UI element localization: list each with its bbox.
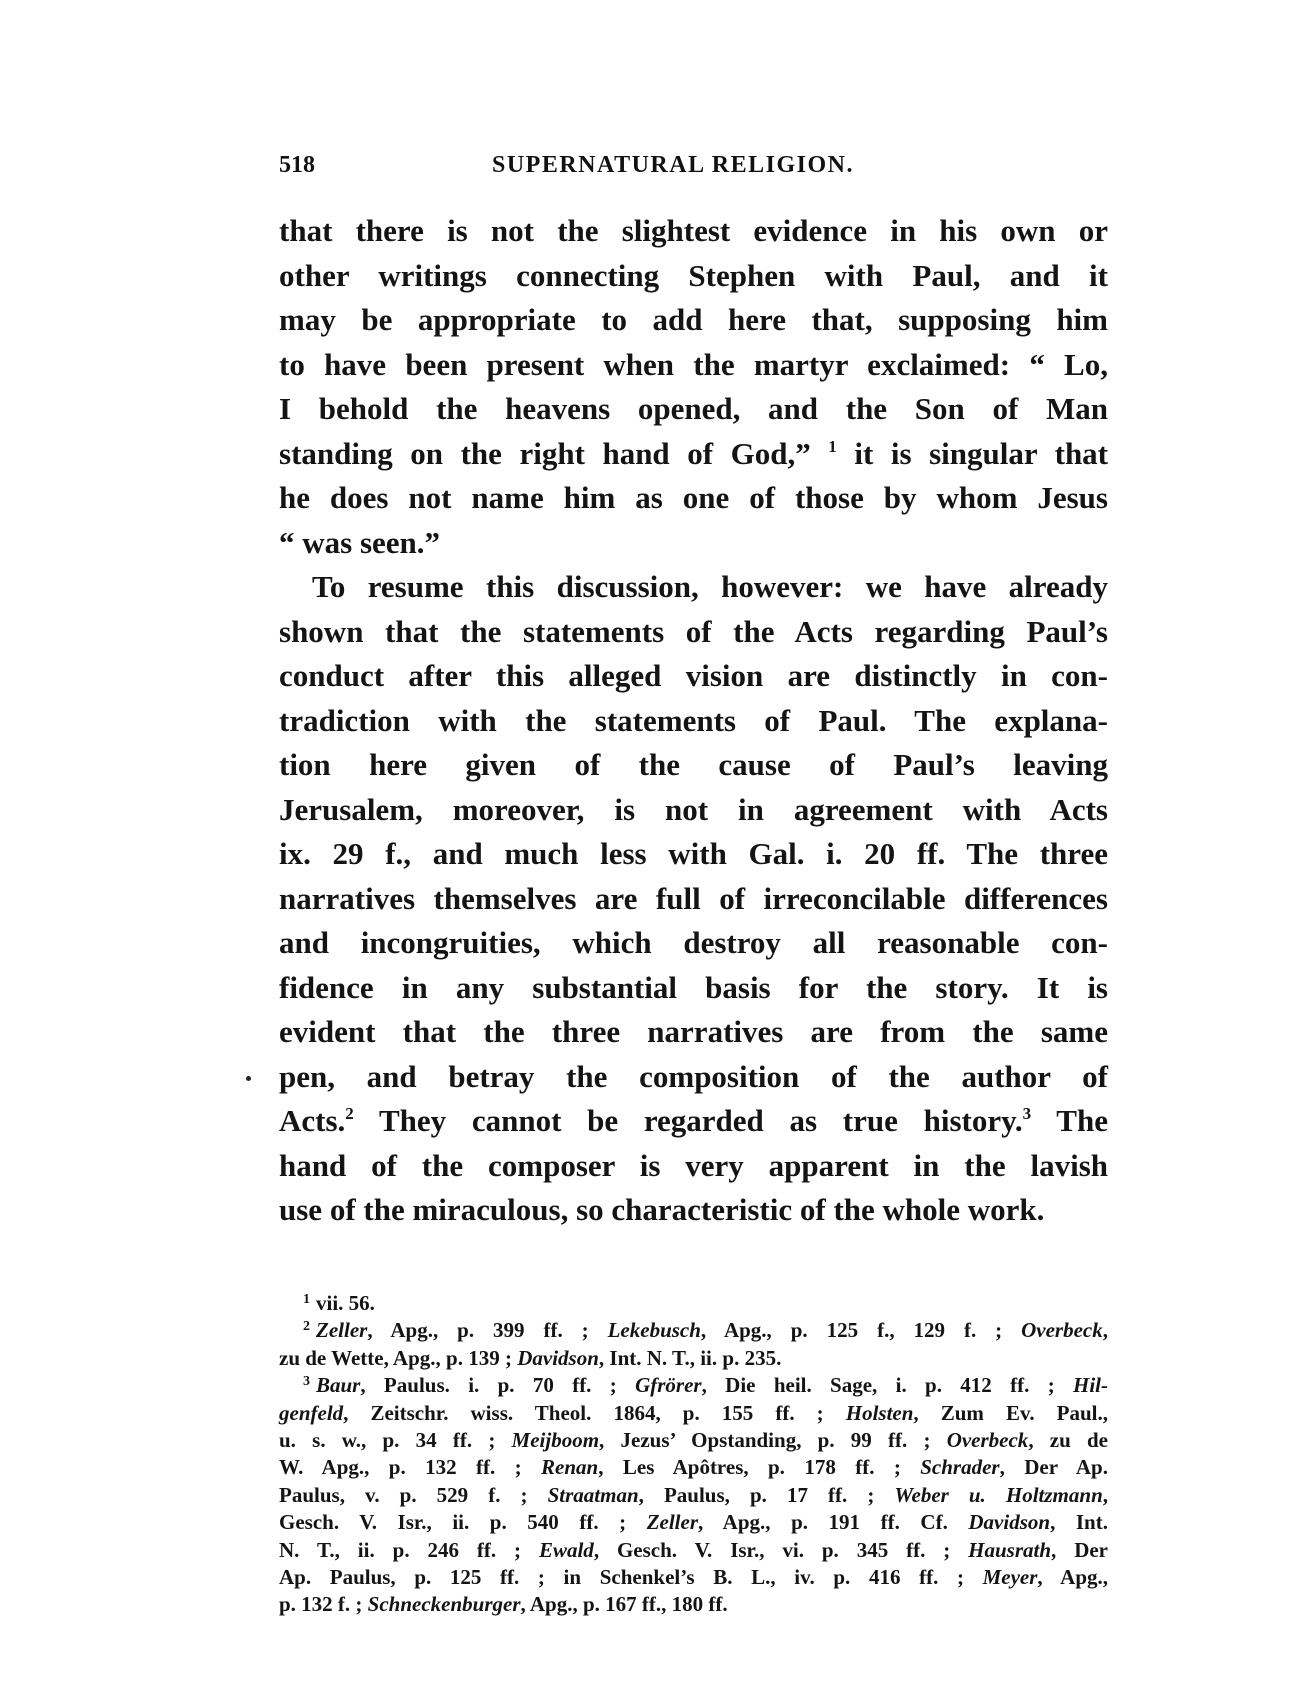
cited-author: Overbeck [947, 1428, 1029, 1452]
citation-text: , Paulus. i. p. 70 ff. ; [360, 1373, 635, 1397]
footnote-3-line: p. 132 f. ; Schneckenburger, Apg., p. 16… [279, 1591, 1108, 1618]
footnotes: 1vii. 56. 2Zeller, Apg., p. 399 ff. ; Le… [279, 1290, 1108, 1619]
citation-text: , Zeitschr. wiss. Theol. 1864, p. 155 ff… [343, 1401, 846, 1425]
cited-author: Hausrath [968, 1538, 1051, 1562]
citation-text: , Int. [1050, 1510, 1108, 1534]
footnote-3-line: Gesch. V. Isr., ii. p. 540 ff. ; Zeller,… [279, 1509, 1108, 1536]
book-page: 518 SUPERNATURAL RELIGION. that there is… [0, 0, 1292, 1700]
footnote-1: 1vii. 56. [279, 1290, 1108, 1317]
citation-text: p. 132 f. ; [279, 1592, 368, 1616]
footnote-3-line: u. s. w., p. 34 ff. ; Meijboom, Jezus’ O… [279, 1427, 1108, 1454]
citation-text: , Der Ap. [1000, 1455, 1108, 1479]
body-line: shown that the statements of the Acts re… [279, 610, 1108, 655]
cited-author: Zeller [647, 1510, 698, 1534]
citation-text: , [1103, 1483, 1108, 1507]
footnote-number: 2 [303, 1319, 310, 1334]
running-title: SUPERNATURAL RELIGION. [492, 152, 854, 179]
footnote-3-line: 3Baur, Paulus. i. p. 70 ff. ; Gfrörer, D… [279, 1372, 1108, 1399]
footnote-number: 3 [303, 1374, 310, 1389]
citation-text: Ap. Paulus, p. 125 ff. ; in Schenkel’s B… [279, 1565, 983, 1589]
citation-text: , Der [1051, 1538, 1108, 1562]
cited-author: Davidson [968, 1510, 1050, 1534]
body-line: Jerusalem, moreover, is not in agreement… [279, 788, 1108, 833]
body-line: ix. 29 f., and much less with Gal. i. 20… [279, 832, 1108, 877]
running-head: 518 SUPERNATURAL RELIGION. [279, 148, 1107, 184]
cited-author: Straatman [548, 1483, 639, 1507]
citation-text: Gesch. V. Isr., ii. p. 540 ff. ; [279, 1510, 647, 1534]
body-line: other writings connecting Stephen with P… [279, 254, 1108, 299]
citation-text: , Apg., p. 399 ff. ; [367, 1318, 607, 1342]
body-line: hand of the composer is very apparent in… [279, 1144, 1108, 1189]
body-line: fidence in any substantial basis for the… [279, 966, 1108, 1011]
citation-text: , Zum Ev. Paul., [913, 1401, 1108, 1425]
body-line: that there is not the slightest evidence… [279, 209, 1108, 254]
citation-text: , Apg., p. 167 ff., 180 ff. [521, 1592, 728, 1616]
cited-author: Davidson [517, 1346, 599, 1370]
cited-author: Holsten [846, 1401, 914, 1425]
body-line-text: standing on the right hand of God,” [279, 436, 811, 471]
body-line-text: Acts. [279, 1103, 345, 1138]
citation-text: u. s. w., p. 34 ff. ; [279, 1428, 512, 1452]
body-line: “ was seen.” [279, 521, 1108, 566]
citation-text: , Les Apôtres, p. 178 ff. ; [598, 1455, 920, 1479]
cited-author: Gfrörer [635, 1373, 702, 1397]
citation-text: , zu de [1028, 1428, 1108, 1452]
cited-author: Baur [316, 1373, 360, 1397]
footnote-3-line: N. T., ii. p. 246 ff. ; Ewald, Gesch. V.… [279, 1537, 1108, 1564]
body-line-text: The [1056, 1103, 1108, 1138]
citation-text: , Die heil. Sage, i. p. 412 ff. ; [702, 1373, 1073, 1397]
body-line: tion here given of the cause of Paul’s l… [279, 743, 1108, 788]
body-line-text: They cannot be regarded as true history. [379, 1103, 1023, 1138]
citation-text: , Paulus, p. 17 ff. ; [639, 1483, 895, 1507]
margin-dot-mark [246, 1076, 251, 1081]
citation-text: , Int. N. T., ii. p. 235. [599, 1346, 781, 1370]
footnote-2-line: 2Zeller, Apg., p. 399 ff. ; Lekebusch, A… [279, 1317, 1108, 1344]
body-line: conduct after this alleged vision are di… [279, 654, 1108, 699]
citation-text: , Gesch. V. Isr., vi. p. 345 ff. ; [594, 1538, 968, 1562]
body-line: pen, and betray the composition of the a… [279, 1055, 1108, 1100]
page-number: 518 [279, 152, 315, 179]
footnote-number: 1 [303, 1292, 310, 1307]
cited-author: Weber u. Holtzmann [894, 1483, 1102, 1507]
cited-author: genfeld [279, 1401, 343, 1425]
citation-text: , Apg., p. 191 ff. Cf. [698, 1510, 968, 1534]
cited-author: Lekebusch [608, 1318, 701, 1342]
footnote-ref-2[interactable]: 2 [345, 1104, 354, 1123]
citation-text: N. T., ii. p. 246 ff. ; [279, 1538, 539, 1562]
footnote-ref-1[interactable]: 1 [828, 437, 837, 456]
citation-text: zu de Wette, Apg., p. 139 ; [279, 1346, 517, 1370]
body-line: and incongruities, which destroy all rea… [279, 921, 1108, 966]
cited-author: Schrader [920, 1455, 999, 1479]
body-line: narratives themselves are full of irreco… [279, 877, 1108, 922]
body-line: I behold the heavens opened, and the Son… [279, 387, 1108, 432]
cited-author: Ewald [539, 1538, 594, 1562]
cited-author: Schneckenburger [368, 1592, 521, 1616]
body-text: that there is not the slightest evidence… [279, 209, 1108, 1233]
body-line-text: it is singular that [854, 436, 1108, 471]
footnote-3-line: Paulus, v. p. 529 f. ; Straatman, Paulus… [279, 1482, 1108, 1509]
citation-text: , Apg., p. 125 f., 129 f. ; [701, 1318, 1021, 1342]
citation-text: , [1103, 1318, 1108, 1342]
footnote-ref-3[interactable]: 3 [1023, 1104, 1032, 1123]
footnote-3-line: Ap. Paulus, p. 125 ff. ; in Schenkel’s B… [279, 1564, 1108, 1591]
citation-text: Paulus, v. p. 529 f. ; [279, 1483, 548, 1507]
cited-author: Renan [541, 1455, 598, 1479]
body-line-with-footnote-1: standing on the right hand of God,” 1 it… [279, 432, 1108, 477]
body-line: tradiction with the statements of Paul. … [279, 699, 1108, 744]
body-line: he does not name him as one of those by … [279, 476, 1108, 521]
footnote-text: vii. 56. [316, 1291, 375, 1315]
citation-text: W. Apg., p. 132 ff. ; [279, 1455, 541, 1479]
body-line: evident that the three narratives are fr… [279, 1010, 1108, 1055]
citation-text: , Jezus’ Opstanding, p. 99 ff. ; [599, 1428, 947, 1452]
body-line: may be appropriate to add here that, sup… [279, 298, 1108, 343]
body-line-with-footnotes-2-3: Acts.2 They cannot be regarded as true h… [279, 1099, 1108, 1144]
cited-author: Meijboom [512, 1428, 600, 1452]
cited-author: Meyer [983, 1565, 1038, 1589]
cited-author: Overbeck [1021, 1318, 1103, 1342]
citation-text: , Apg., [1037, 1565, 1108, 1589]
footnote-3-line: genfeld, Zeitschr. wiss. Theol. 1864, p.… [279, 1400, 1108, 1427]
footnote-3-line: W. Apg., p. 132 ff. ; Renan, Les Apôtres… [279, 1454, 1108, 1481]
cited-author: Zeller [316, 1318, 367, 1342]
body-line: to have been present when the martyr exc… [279, 343, 1108, 388]
cited-author: Hil- [1073, 1373, 1108, 1397]
footnote-2-line: zu de Wette, Apg., p. 139 ; Davidson, In… [279, 1345, 1108, 1372]
body-line: use of the miraculous, so characteristic… [279, 1188, 1108, 1233]
body-line: To resume this discussion, however: we h… [279, 565, 1108, 610]
